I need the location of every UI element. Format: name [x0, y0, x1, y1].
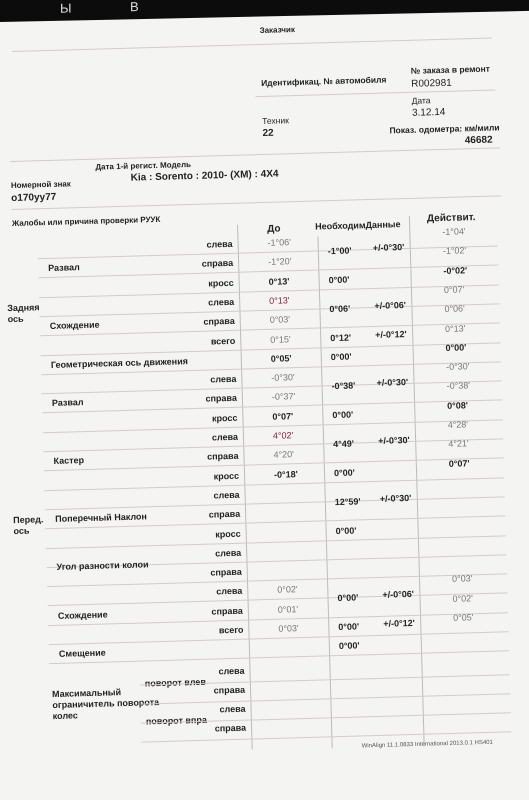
date-value: 3.12.14 — [412, 107, 446, 119]
software-version: WinAlign 11.1.0833 International 2013.0.… — [362, 740, 493, 750]
spec-value: 0°00' — [338, 621, 359, 632]
spec-value: 12°59' — [335, 496, 361, 507]
actual-value: 0°07' — [449, 458, 470, 469]
spec-tolerance: +/-0°30' — [380, 493, 412, 504]
actual-value: 0°02' — [452, 593, 473, 604]
model-value: Kia : Sorento : 2010- (XM) : 4X4 — [131, 169, 279, 184]
side-label: справа — [195, 316, 235, 327]
side-label: справа — [200, 509, 240, 520]
before-value: 0°03' — [270, 314, 291, 325]
before-value: 0°03' — [278, 623, 299, 634]
odometer-label: Показ. одометра: км/мили — [389, 122, 499, 135]
spec-tolerance: +/-0°06' — [382, 589, 414, 600]
row-divider — [140, 693, 510, 704]
actual-value: 4°28' — [448, 419, 469, 430]
parameter-name: Развал — [48, 262, 80, 273]
parameter-name: Схождение — [50, 320, 100, 331]
side-label: справа — [206, 722, 246, 733]
side-label: всего — [195, 335, 235, 346]
before-value: 4°02' — [273, 430, 294, 441]
parameter-name: Смещение — [59, 648, 106, 659]
actual-value: 0°13' — [445, 323, 466, 334]
side-label: всего — [203, 625, 243, 636]
parameter-name: Поперечный Наклон — [55, 512, 147, 525]
spec-tolerance: +/-0°12' — [375, 329, 407, 340]
side-label: слева — [204, 665, 244, 676]
before-value: -1°06' — [267, 237, 291, 248]
side-label: кросс — [201, 528, 241, 539]
spec-value: 4°49' — [333, 438, 354, 449]
order-label: № заказа в ремонт — [411, 64, 490, 76]
actual-value: -0°38' — [447, 381, 471, 392]
row-divider — [45, 496, 505, 510]
before-value: 4°20' — [273, 450, 294, 461]
spec-value: 0°00' — [336, 525, 357, 536]
before-value: 0°13' — [269, 276, 290, 287]
before-value: -0°18' — [274, 469, 298, 480]
spec-value: 0°00' — [331, 351, 352, 362]
spec-value: 0°00' — [334, 467, 355, 478]
actual-value: 0°06' — [444, 304, 465, 315]
complaint-label: Жалобы или причина проверки РУУК — [12, 215, 161, 228]
technician-label: Техник — [262, 115, 289, 126]
plate-value: о170уу77 — [11, 192, 56, 204]
actual-value: 0°05' — [453, 612, 474, 623]
spec-value: 0°00' — [339, 641, 360, 652]
side-label: кросс — [194, 277, 234, 288]
side-label: справа — [198, 451, 238, 462]
side-label: кросс — [199, 470, 239, 481]
side-label: слева — [202, 586, 242, 597]
spec-tolerance: +/-0°30' — [376, 377, 408, 388]
spec-value: 0°00' — [328, 274, 349, 285]
actual-value: -0°02' — [443, 265, 467, 276]
before-value: -0°37' — [272, 392, 296, 403]
side-label: справа — [197, 393, 237, 404]
column-header-actual: Действит. — [427, 212, 476, 224]
model-label: Дата 1-й регист. Модель — [95, 160, 191, 172]
actual-value: 0°08' — [447, 400, 468, 411]
date-label: Дата — [412, 95, 431, 106]
alignment-report-page: Заказчик Идентификац. № автомобиля № зак… — [0, 9, 529, 800]
side-label: слева — [198, 432, 238, 443]
spec-value: 0°00' — [332, 409, 353, 420]
row-divider — [46, 535, 506, 549]
before-value: 0°01' — [278, 604, 299, 615]
before-value: 0°05' — [271, 353, 292, 364]
side-label: слева — [196, 374, 236, 385]
before-value: 0°15' — [270, 334, 291, 345]
spec-tolerance: +/-0°06' — [374, 300, 406, 311]
axle-label: Перед. ось — [13, 514, 54, 537]
actual-value: -0°30' — [446, 361, 470, 372]
side-label: справа — [202, 567, 242, 578]
side-label: кросс — [197, 412, 237, 423]
spec-value: -1°00' — [328, 245, 352, 256]
actual-value: 4°21' — [448, 439, 469, 450]
parameter-name: Угол разности колои — [56, 560, 148, 573]
side-label: слева — [199, 490, 239, 501]
axle-label: Задняя ось — [7, 302, 48, 325]
order-value: R002981 — [411, 78, 452, 90]
actual-value: 0°07' — [444, 284, 465, 295]
before-value: -0°30' — [271, 372, 295, 383]
spec-tolerance: +/-0°30' — [373, 242, 405, 253]
plate-label: Номерной знак — [11, 179, 71, 190]
row-divider — [49, 651, 509, 665]
spec-value: 0°12' — [330, 332, 351, 343]
parameter-name: Схождение — [58, 609, 108, 620]
column-header-spec: НеобходимДанные — [315, 219, 401, 231]
before-value: 0°02' — [277, 585, 298, 596]
actual-value: 0°00' — [445, 342, 466, 353]
before-value: -1°20' — [268, 257, 292, 268]
odometer-value: 46682 — [465, 135, 493, 147]
parameter-name: Развал — [52, 397, 84, 408]
side-label: слева — [194, 297, 234, 308]
actual-value: -1°04' — [442, 226, 466, 237]
before-value: 0°13' — [269, 295, 290, 306]
spec-tolerance: +/-0°30' — [378, 435, 410, 446]
actual-value: 0°03' — [452, 574, 473, 585]
technician-value: 22 — [262, 128, 273, 139]
customer-label: Заказчик — [260, 25, 295, 35]
before-value: 0°07' — [272, 411, 293, 422]
vin-label: Идентификац. № автомобиля — [261, 75, 387, 88]
side-label: слева — [192, 239, 232, 250]
parameter-name: Кастер — [53, 455, 84, 466]
divider — [409, 216, 425, 746]
parameter-name: Геометрическая ось движения — [51, 356, 188, 370]
spec-tolerance: +/-0°12' — [383, 618, 415, 629]
side-label: справа — [205, 684, 245, 695]
side-label: справа — [203, 605, 243, 616]
spec-value: 0°00' — [337, 593, 358, 604]
column-header-before: До — [267, 224, 281, 235]
key-label: Ы — [60, 1, 72, 16]
spec-value: 0°06' — [329, 303, 350, 314]
side-label: слева — [205, 703, 245, 714]
side-label: слева — [201, 548, 241, 559]
spec-value: -0°38' — [331, 380, 355, 391]
side-label: справа — [193, 258, 233, 269]
key-label: В — [130, 0, 139, 14]
actual-value: -1°02' — [443, 246, 467, 257]
